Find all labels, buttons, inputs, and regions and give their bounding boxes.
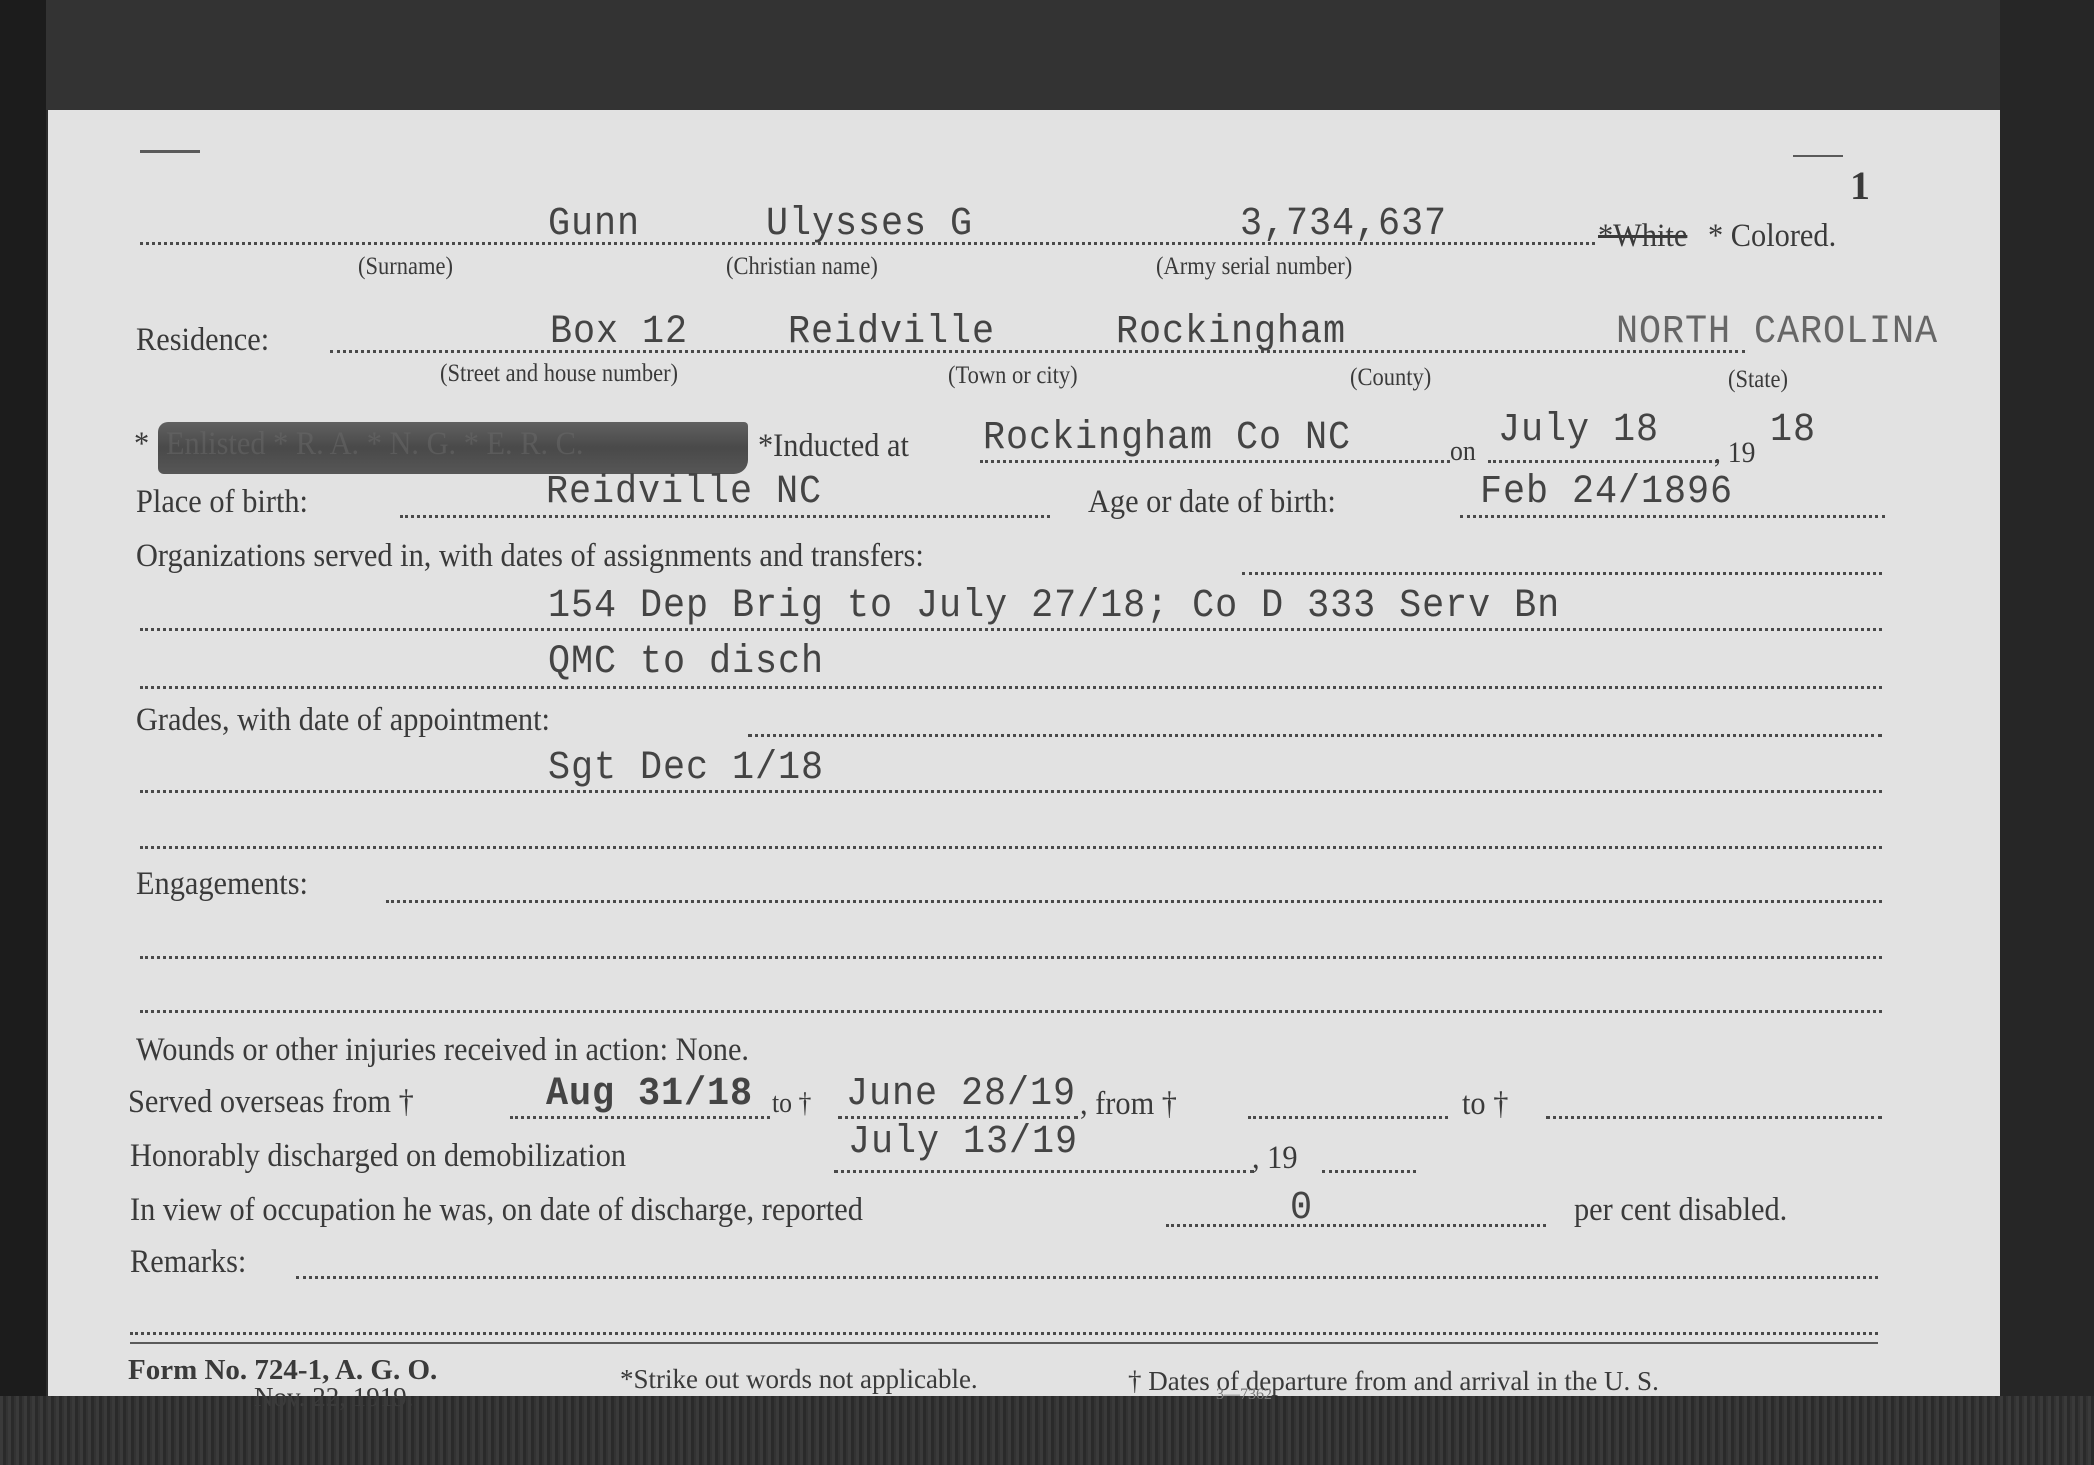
grades-line-1	[140, 790, 1882, 793]
grades-label: Grades, with date of appointment:	[136, 702, 550, 739]
inducted-date-line	[1488, 460, 1718, 463]
caption-county: (County)	[1350, 364, 1431, 392]
overseas-to2-label: to †	[1462, 1086, 1508, 1123]
scan-background-left	[0, 0, 46, 1465]
overseas-to2-line	[1546, 1116, 1882, 1119]
overseas-from2-line	[1248, 1116, 1448, 1119]
grades-line-0	[748, 734, 1882, 737]
place-of-birth-value: Reidville NC	[546, 470, 822, 515]
organizations-line-0	[1242, 572, 1882, 575]
discharge-date-value: July 13/19	[848, 1120, 1078, 1165]
serial-number-value: 3,734,637	[1240, 202, 1447, 247]
residence-label: Residence:	[136, 322, 269, 359]
footnote-dates: † Dates of departure from and arrival in…	[1128, 1366, 1659, 1397]
overseas-from2-label: , from †	[1080, 1086, 1177, 1123]
engagements-line-2	[140, 1010, 1882, 1013]
residence-line	[330, 350, 1745, 353]
inducted-date-value: July 18	[1498, 408, 1659, 453]
race-colored: * Colored.	[1708, 218, 1836, 255]
overseas-to-label: to †	[772, 1088, 811, 1120]
page-number: 1	[1850, 162, 1870, 209]
surname-value: Gunn	[548, 202, 640, 247]
caption-serial-number: (Army serial number)	[1156, 253, 1352, 281]
remarks-line-0	[296, 1276, 1878, 1279]
caption-street: (Street and house number)	[440, 360, 678, 388]
inducted-on-label: on	[1450, 436, 1476, 468]
christian-name-value: Ulysses G	[766, 202, 973, 247]
print-code: 3—7362	[1216, 1386, 1272, 1404]
residence-state-value: NORTH CAROLINA	[1616, 310, 1938, 355]
remarks-label: Remarks:	[130, 1244, 246, 1281]
service-record-card: 1 Gunn Ulysses G 3,734,637 *White * Colo…	[48, 110, 2000, 1396]
race-white-struck: *White	[1598, 218, 1687, 255]
residence-street-value: Box 12	[550, 310, 688, 355]
place-of-birth-line	[400, 515, 1050, 518]
wounds-label: Wounds or other injuries received in act…	[136, 1032, 749, 1069]
grades-entry-1: Sgt Dec 1/18	[548, 746, 824, 791]
organizations-label: Organizations served in, with dates of a…	[136, 538, 924, 575]
scan-background-right	[2000, 0, 2094, 1465]
disability-label: In view of occupation he was, on date of…	[130, 1192, 863, 1229]
scan-background-top	[45, 0, 2094, 110]
discharge-label: Honorably discharged on demobilization	[130, 1138, 626, 1175]
discharge-line	[834, 1170, 1254, 1173]
engagements-line-1	[140, 956, 1882, 959]
date-of-birth-label: Age or date of birth:	[1088, 484, 1336, 521]
enlisted-options-redacted: Enlisted * R. A. * N. G. * E. R. C.	[166, 426, 583, 463]
organizations-entry-2: QMC to disch	[548, 640, 824, 685]
caption-state: (State)	[1728, 366, 1788, 394]
place-of-birth-label: Place of birth:	[136, 484, 308, 521]
disability-value: 0	[1290, 1186, 1313, 1231]
inducted-year-suffix: 18	[1770, 408, 1816, 453]
date-of-birth-line	[1460, 515, 1885, 518]
caption-town: (Town or city)	[948, 362, 1078, 390]
overseas-from-value: Aug 31/18	[546, 1072, 753, 1117]
remarks-line-1	[130, 1332, 1878, 1335]
inducted-at-label: *Inducted at	[758, 428, 909, 465]
organizations-line-2	[140, 686, 1882, 689]
overseas-to-value: June 28/19	[846, 1072, 1076, 1117]
residence-town-value: Reidville	[788, 310, 995, 355]
caption-surname: (Surname)	[358, 253, 453, 281]
date-of-birth-value: Feb 24/1896	[1480, 470, 1733, 515]
discharge-year-line	[1322, 1170, 1416, 1173]
overseas-from-label: Served overseas from †	[128, 1084, 414, 1121]
inducted-at-value: Rockingham Co NC	[983, 416, 1351, 461]
induction-asterisk: *	[134, 426, 149, 463]
residence-county-value: Rockingham	[1116, 310, 1346, 355]
grades-line-2	[140, 846, 1882, 849]
engagements-label: Engagements:	[136, 866, 308, 903]
inducted-year-prefix: , 19	[1714, 436, 1755, 470]
footnote-strike-out: *Strike out words not applicable.	[620, 1364, 978, 1395]
disability-line	[1166, 1224, 1546, 1227]
caption-christian-name: (Christian name)	[726, 253, 878, 281]
footer-separator	[130, 1342, 1878, 1344]
organizations-entry-1: 154 Dep Brig to July 27/18; Co D 333 Ser…	[548, 584, 1560, 629]
top-left-mark	[140, 150, 200, 153]
top-right-mark	[1793, 155, 1843, 157]
disability-suffix: per cent disabled.	[1574, 1192, 1787, 1229]
discharge-year-label: , 19	[1252, 1140, 1298, 1177]
engagements-line-0	[386, 900, 1882, 903]
form-date: Nov. 22, 1919.	[254, 1382, 414, 1413]
